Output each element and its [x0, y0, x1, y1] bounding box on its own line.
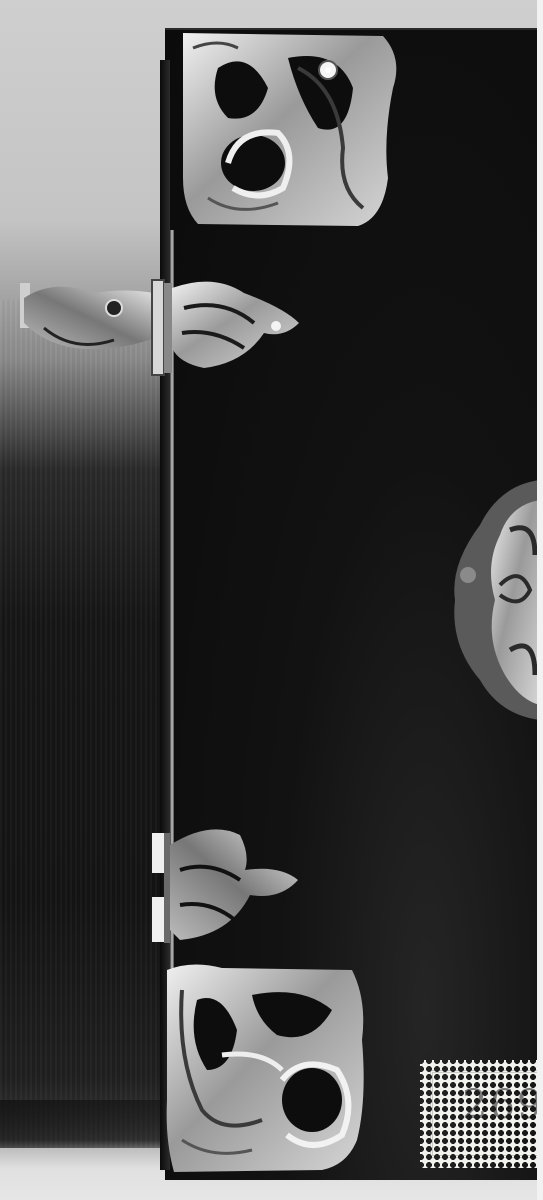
bottom-corner-ornament-icon	[162, 960, 372, 1175]
photo-edge	[537, 0, 543, 1200]
photograph: 269	[0, 0, 543, 1200]
upper-clasp-icon	[14, 268, 306, 383]
top-corner-ornament-icon	[178, 28, 403, 228]
label-number: 269	[462, 1082, 543, 1128]
inventory-label: 269	[420, 1060, 537, 1168]
central-boss-ornament-icon	[440, 475, 540, 725]
lower-clasp-hinge-icon	[150, 825, 300, 945]
